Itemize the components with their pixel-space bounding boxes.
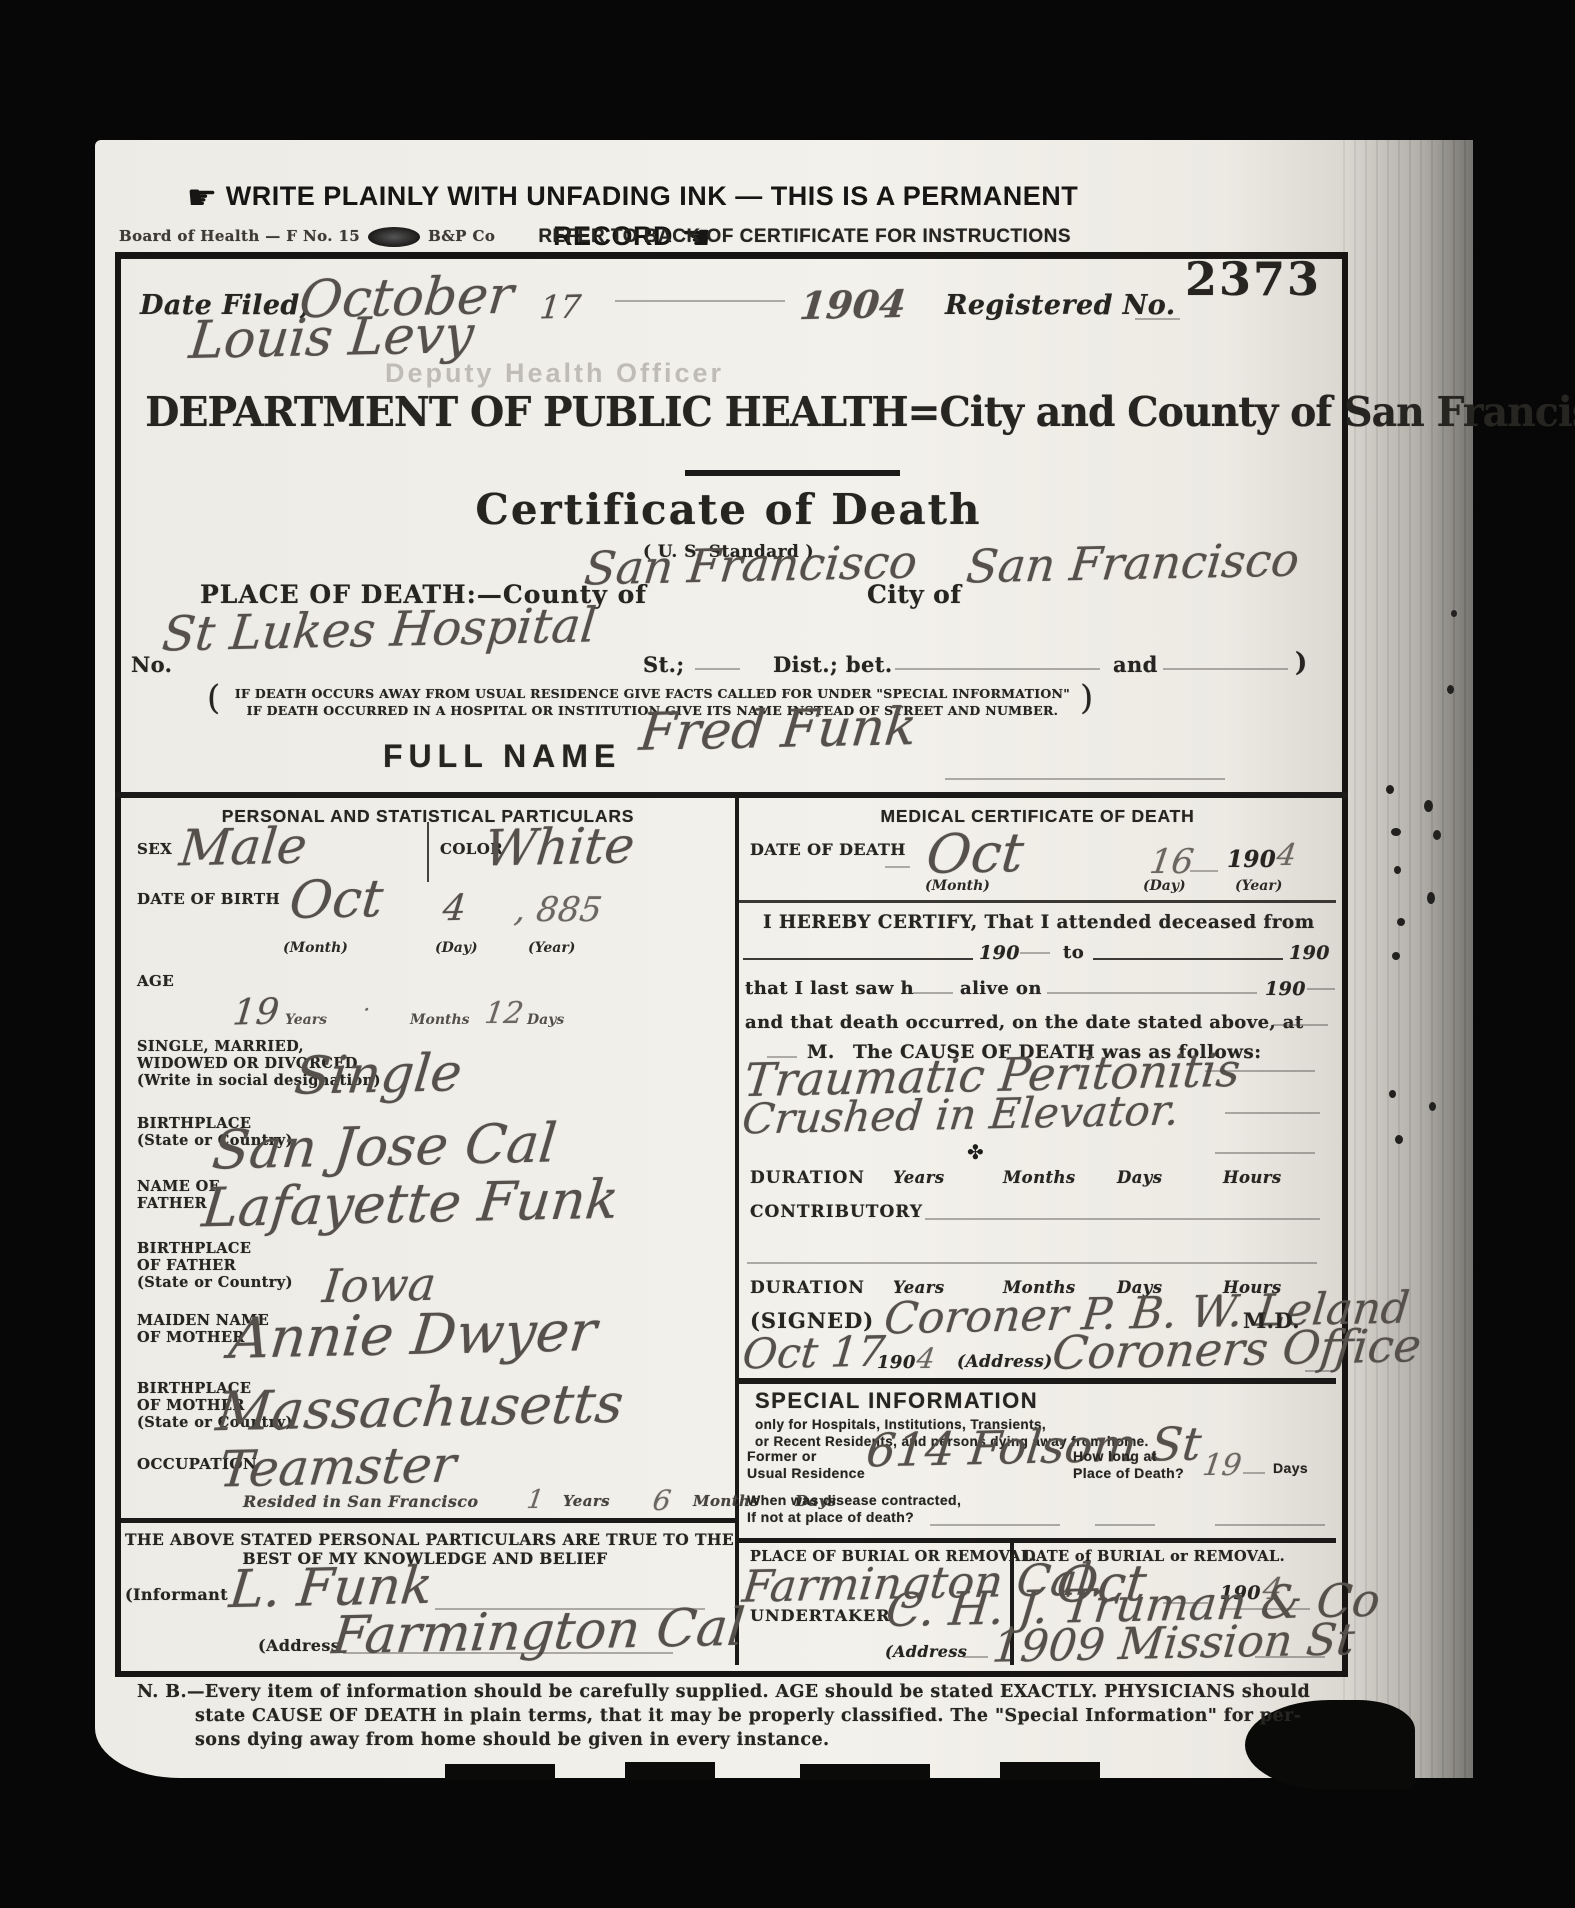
title-divider-rule: [685, 470, 900, 476]
dod-month-caption: (Month): [925, 878, 990, 894]
special-info-title: SPECIAL INFORMATION: [755, 1388, 1038, 1413]
full-name-label: FULL NAME: [383, 738, 621, 775]
ink-speck: [1394, 866, 1401, 874]
ink-speck: [1429, 1102, 1436, 1111]
dod-day-caption: (Day): [1143, 878, 1186, 894]
resided-years-caption: Years: [563, 1492, 610, 1510]
date-of-death-label: DATE OF DEATH: [750, 840, 906, 859]
disease-contracted-line1: When was disease contracted,: [747, 1492, 961, 1509]
book-page-edges: [1343, 140, 1473, 1778]
how-long-label-line2: Place of Death?: [1073, 1465, 1184, 1482]
printer-stamp-icon: [368, 227, 420, 247]
blank-line: [615, 300, 785, 302]
ink-speck: [1391, 828, 1401, 836]
dist-label: Dist.; bet.: [773, 652, 893, 677]
how-long-days-label: Days: [1273, 1460, 1308, 1476]
page-bottom-notch: [445, 1764, 555, 1780]
dod-day-handwriting: 16: [1147, 842, 1196, 882]
blank-line: [1047, 992, 1257, 994]
ink-speck: [1392, 952, 1400, 960]
blank-line: [945, 778, 1225, 780]
blank-line: [1305, 1370, 1335, 1372]
former-residence-label-line1: Former or: [747, 1448, 865, 1465]
institution-handwriting: St Lukes Hospital: [160, 597, 599, 662]
registered-no-label: Registered No.: [945, 290, 1176, 321]
ink-speck: [1451, 610, 1457, 617]
ink-speck: [1389, 1090, 1396, 1098]
duration-days-caption: Days: [1117, 1168, 1162, 1187]
blank-line: [925, 1218, 1320, 1220]
to-label: to: [1063, 942, 1084, 963]
blank-line: [1243, 1472, 1265, 1474]
age-days-caption: Days: [527, 1012, 564, 1028]
father-bp-label-line1: BIRTHPLACE: [137, 1240, 293, 1257]
blank-line: [1190, 870, 1218, 872]
age-years-handwriting: 19: [231, 992, 281, 1034]
blank-line: [913, 992, 953, 994]
sign-address-handwriting: Coroners Office: [1050, 1318, 1424, 1380]
age-months-caption: Months: [410, 1012, 470, 1028]
certify-text: I HEREBY CERTIFY, That I attended deceas…: [763, 912, 1315, 933]
close-paren: ): [1295, 648, 1308, 678]
blank-line: [1020, 952, 1050, 954]
dob-day-handwriting: 4: [441, 888, 468, 929]
club-mark-icon: ✤: [967, 1140, 984, 1164]
dod-year-caption: (Year): [1235, 878, 1282, 894]
ink-speck: [1386, 785, 1394, 794]
attestation-line1: THE ABOVE STATED PERSONAL PARTICULARS AR…: [125, 1530, 725, 1549]
resided-label: Resided in San Francisco: [243, 1492, 478, 1511]
duration2-label: DURATION: [750, 1278, 865, 1298]
how-long-label-line1: How long at: [1073, 1448, 1184, 1465]
sign-year-print: 190: [877, 1352, 916, 1373]
dod-year-print: 190: [1227, 846, 1276, 873]
page-bottom-notch: [1000, 1762, 1100, 1780]
page-bottom-notch: [625, 1762, 715, 1780]
refer-to-back-text: REFER TO BACK OF CERTIFICATE FOR INSTRUC…: [538, 226, 1071, 248]
duration-years-caption: Years: [893, 1168, 945, 1187]
blank-line: [1307, 988, 1335, 990]
death-occurred-text: and that death occurred, on the date sta…: [745, 1012, 1304, 1033]
informant-address-handwriting: Farmington Cal: [329, 1598, 747, 1667]
sign-date-handwriting: Oct 17: [740, 1327, 887, 1379]
age-label: AGE: [137, 972, 174, 990]
contributory-label: CONTRIBUTORY: [750, 1202, 923, 1222]
blank-line: [695, 668, 740, 670]
duration-label: DURATION: [750, 1168, 865, 1188]
sex-label: SEX: [137, 840, 172, 858]
blank-line: [1135, 318, 1180, 320]
color-handwriting: White: [482, 816, 638, 877]
disease-contracted-label: When was disease contracted, If not at p…: [747, 1492, 961, 1526]
thin-rule: [739, 900, 1336, 903]
city-handwriting: San Francisco: [964, 533, 1302, 594]
registered-number: 2373: [1185, 252, 1321, 306]
blank-line: [1095, 1524, 1155, 1526]
medical-section-title: MEDICAL CERTIFICATE OF DEATH: [739, 806, 1336, 827]
informant-label: (Informant: [125, 1585, 228, 1604]
manicule-right-icon: ☛: [187, 178, 218, 218]
age-days-handwriting: 12: [483, 996, 526, 1031]
ink-speck: [1447, 685, 1454, 694]
footnote: N. B.—Every item of information should b…: [137, 1680, 1147, 1752]
sex-color-divider: [427, 822, 429, 882]
open-paren-large: (: [207, 678, 221, 718]
undertaker-label: UNDERTAKER: [750, 1606, 891, 1625]
certificate-title: Certificate of Death: [121, 485, 1336, 534]
footnote-line3: sons dying away from home should be give…: [137, 1728, 1147, 1752]
alive-on-text: alive on: [960, 978, 1042, 999]
blank-line: [885, 866, 910, 868]
duration-months-caption: Months: [1003, 1168, 1076, 1187]
blank-line: [930, 1524, 1060, 1526]
left-column-rule: [121, 1518, 735, 1523]
father-bp-label-line3: (State or Country): [137, 1274, 293, 1291]
blank-line: [963, 1656, 988, 1658]
marital-handwriting: Single: [292, 1043, 465, 1106]
dob-label: DATE OF BIRTH: [137, 890, 280, 908]
dob-year-handwriting: , 885: [512, 890, 604, 930]
burial-section-rule: [739, 1538, 1336, 1543]
age-years-caption: Years: [285, 1012, 327, 1028]
dob-month-caption: (Month): [283, 940, 348, 956]
st-label: St.;: [643, 652, 685, 677]
mother-handwriting: Annie Dwyer: [226, 1299, 599, 1372]
ink-speck: [1433, 830, 1441, 840]
column-divider: [735, 792, 739, 1665]
year-190b: 190: [1289, 942, 1330, 964]
ink-speck: [1397, 918, 1405, 926]
blank-line: [1225, 1112, 1320, 1114]
last-saw-text: that I last saw h: [745, 978, 914, 999]
blank-line: [1163, 668, 1288, 670]
father-handwriting: Lafayette Funk: [199, 1168, 621, 1240]
date-filed-day-handwriting: 17: [538, 288, 583, 327]
sign-address-label: (Address): [957, 1352, 1053, 1372]
ink-speck: [1395, 1135, 1403, 1144]
special-section-rule: [739, 1378, 1336, 1384]
and-label: and: [1113, 652, 1158, 677]
footnote-line2: state CAUSE OF DEATH in plain terms, tha…: [137, 1704, 1147, 1728]
blank-line: [1215, 1152, 1315, 1154]
blank-line: [1215, 1524, 1325, 1526]
blank-line: [743, 958, 973, 960]
blank-line: [343, 1652, 673, 1654]
father-bp-label-line2: OF FATHER: [137, 1257, 293, 1274]
certificate-page: ☛ WRITE PLAINLY WITH UNFADING INK — THIS…: [95, 140, 1473, 1778]
dod-month-handwriting: Oct: [924, 821, 1027, 886]
undertaker-address-label: (Address: [885, 1642, 967, 1661]
blank-line: [1093, 958, 1283, 960]
sex-handwriting: Male: [177, 817, 310, 878]
full-name-handwriting: Fred Funk: [637, 697, 920, 763]
ink-speck: [1427, 892, 1435, 904]
dob-day-caption: (Day): [435, 940, 478, 956]
dob-year-caption: (Year): [528, 940, 575, 956]
blank-line: [1273, 1024, 1328, 1026]
city-of-label: City of: [867, 580, 961, 609]
page-bottom-notch: [800, 1764, 930, 1780]
scanned-death-certificate: { "colors": { "paper": "#f3f1eb", "ink":…: [0, 0, 1575, 1908]
occupation-handwriting: Teamster: [217, 1436, 459, 1499]
date-filed-year-handwriting: 1904: [798, 281, 909, 328]
cause-line2-handwriting: Crushed in Elevator.: [740, 1085, 1181, 1143]
duration-hours-caption: Hours: [1223, 1168, 1282, 1187]
how-long-label: How long at Place of Death?: [1073, 1448, 1184, 1482]
section-rule: [115, 792, 1348, 798]
mother-birthplace-handwriting: Massachusetts: [213, 1372, 626, 1443]
blank-line: [895, 668, 1100, 670]
meta-row: Board of Health — F No. 15B&P Co REFER T…: [119, 226, 1071, 248]
former-residence-label: Former or Usual Residence: [747, 1448, 865, 1482]
close-paren-large: ): [1080, 678, 1094, 718]
year-190a: 190: [979, 942, 1020, 964]
blank-line: [1205, 1070, 1315, 1072]
year-190c: 190: [1265, 978, 1306, 1000]
ink-speck: [1424, 800, 1433, 812]
dob-month-handwriting: Oct: [287, 869, 386, 931]
deputy-health-officer-stamp: Deputy Health Officer: [385, 358, 724, 389]
blank-line: [747, 1262, 1317, 1264]
former-residence-label-line2: Usual Residence: [747, 1465, 865, 1482]
blank-line: [1255, 1656, 1325, 1658]
informant-address-label: (Address: [258, 1636, 340, 1655]
department-title: DEPARTMENT OF PUBLIC HEALTH=City and Cou…: [145, 388, 1311, 436]
father-birthplace-label: BIRTHPLACE OF FATHER (State or Country): [137, 1240, 293, 1291]
form-number-text: Board of Health — F No. 15B&P Co: [119, 227, 495, 247]
footnote-line1: N. B.—Every item of information should b…: [137, 1680, 1147, 1704]
undertaker-address-handwriting: 1909 Mission St: [990, 1614, 1357, 1673]
how-long-handwriting: 19: [1201, 1448, 1244, 1483]
residence-note-line1: IF DEATH OCCURS AWAY FROM USUAL RESIDENC…: [225, 685, 1080, 702]
